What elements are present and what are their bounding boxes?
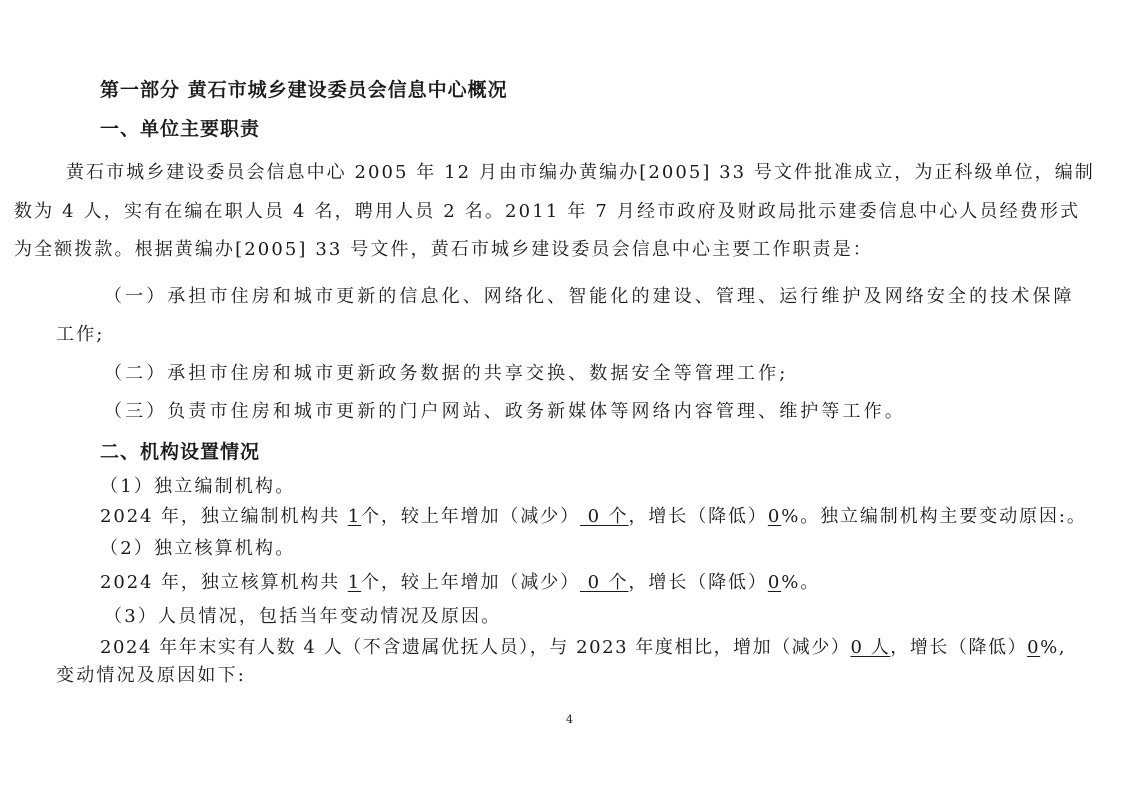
org-item-2-count: 1 — [348, 572, 361, 593]
org-item-1-mid1: 个，较上年增加（减少） — [361, 506, 580, 527]
duty-item-1-line-2: 工作; — [56, 323, 105, 347]
org-item-2-mid2: ，增长（降低） — [629, 572, 768, 593]
org-item-3-title: （3）人员情况，包括当年变动情况及原因。 — [104, 605, 501, 629]
org-item-2-suffix: %。 — [781, 572, 820, 593]
org-item-1-suffix: %。独立编制机构主要变动原因:。 — [781, 506, 1087, 527]
org-item-2-title: （2）独立核算机构。 — [100, 537, 295, 561]
org-item-1-count: 1 — [348, 506, 361, 527]
org-item-2-mid1: 个，较上年增加（减少） — [361, 572, 580, 593]
org-item-1-pct: 0 — [768, 506, 781, 527]
org-item-2-detail: 2024 年，独立核算机构共 1个，较上年增加（减少） 0 个，增长（降低）0%… — [100, 571, 820, 595]
duty-item-3: （三）负责市住房和城市更新的门户网站、政务新媒体等网络内容管理、维护等工作。 — [104, 400, 906, 424]
org-item-1-change: 0 个 — [580, 506, 629, 527]
org-item-1-mid2: ，增长（降低） — [629, 506, 768, 527]
org-item-3-mid: ，增长（降低） — [890, 637, 1027, 658]
section-heading-duties: 一、单位主要职责 — [100, 117, 260, 141]
duty-item-1-line-1: （一）承担市住房和城市更新的信息化、网络化、智能化的建设、管理、运行维护及网络安… — [104, 285, 1075, 309]
page-number: 4 — [566, 714, 573, 726]
org-item-2-pct: 0 — [768, 572, 781, 593]
org-item-3-pct: 0 — [1027, 637, 1040, 658]
org-item-3-suffix: %, — [1040, 637, 1066, 658]
org-item-1-title: （1）独立编制机构。 — [100, 475, 295, 499]
org-item-2-prefix: 2024 年，独立核算机构共 — [100, 572, 348, 593]
org-item-2-change: 0 个 — [580, 572, 629, 593]
document-page: 第一部分 黄石市城乡建设委员会信息中心概况 一、单位主要职责 黄石市城乡建设委员… — [0, 0, 1122, 793]
intro-paragraph-line-1: 黄石市城乡建设委员会信息中心 2005 年 12 月由市编办黄编办[2005] … — [66, 161, 1095, 185]
org-item-1-prefix: 2024 年，独立编制机构共 — [100, 506, 348, 527]
intro-paragraph-line-3: 为全额拨款。根据黄编办[2005] 33 号文件，黄石市城乡建设委员会信息中心主… — [14, 238, 873, 262]
org-item-3-change: 0 人 — [850, 637, 890, 658]
section-heading-org: 二、机构设置情况 — [100, 440, 260, 464]
part-title: 第一部分 黄石市城乡建设委员会信息中心概况 — [100, 78, 508, 102]
org-item-3-detail: 2024 年年末实有人数 4 人（不含遗属优抚人员），与 2023 年度相比，增… — [100, 636, 1066, 660]
intro-paragraph-line-2: 数为 4 人，实有在编在职人员 4 名，聘用人员 2 名。2011 年 7 月经… — [14, 200, 1080, 224]
org-item-1-detail: 2024 年，独立编制机构共 1个，较上年增加（减少） 0 个，增长（降低）0%… — [100, 505, 1087, 529]
duty-item-2: （二）承担市住房和城市更新政务数据的共享交换、数据安全等管理工作; — [104, 362, 788, 386]
org-item-3-prefix: 2024 年年末实有人数 4 人（不含遗属优抚人员），与 2023 年度相比，增… — [100, 637, 850, 658]
org-item-3-line-2: 变动情况及原因如下: — [56, 664, 246, 688]
